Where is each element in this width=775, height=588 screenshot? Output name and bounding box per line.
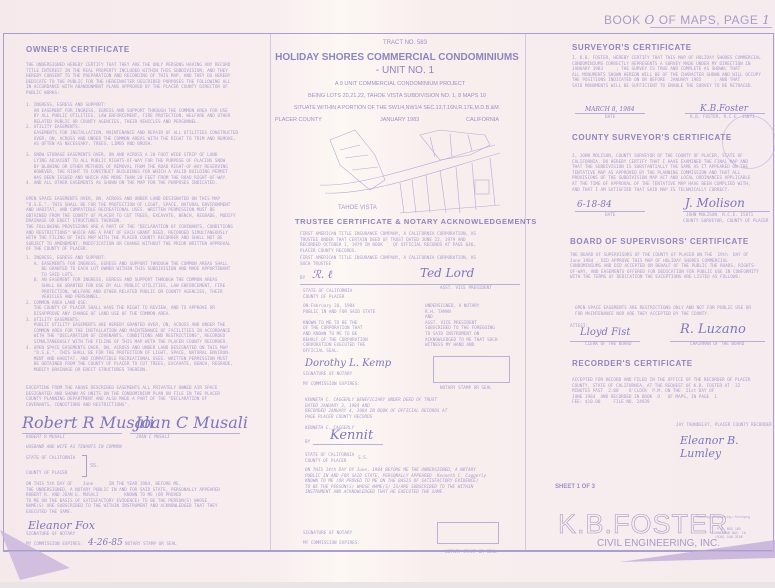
situate-text: SITUATE WITHIN A PORTION OF THE SW1/4,NW…	[262, 105, 532, 111]
owner-name-1: ROBERT R MUSALI	[26, 435, 65, 441]
county-surveyor-date: 6-18-84	[577, 200, 612, 210]
signature-line	[300, 284, 520, 285]
trustee-signature-label: SIGNATURE OF NOTARY	[303, 372, 352, 378]
column-divider	[525, 34, 526, 550]
board-text: THE BOARD OF SUPERVISORS OF THE COUNTY O…	[570, 253, 759, 281]
sheet-number: SHEET 1 OF 3	[555, 484, 595, 490]
county-surveyor-signer: JOHN MOLISON R.C.E. 15871	[686, 213, 753, 219]
county-surveyor-signature: J. Molison	[685, 196, 745, 210]
beneficiary-text: KENNETH C. CAGGERLY BENEFICIARY UNDER DE…	[305, 398, 447, 420]
trustee-by-label: BY	[300, 276, 305, 282]
being-lots-text: BEING LOTS 20,21,22, TAHOE VISTA SUBDIVI…	[272, 93, 522, 99]
owners-excepting-text: EXCEPTING FROM THE ABOVE DESCRIBED EASEM…	[26, 386, 220, 408]
subdivision-title: HOLIDAY SHORES COMMERCIAL CONDOMINIUMS	[272, 52, 522, 63]
trustee-text: FIRST AMERICAN TITLE INSURANCE COMPANY, …	[300, 232, 476, 254]
bottom-border	[3, 550, 772, 551]
beneficiary-state-block: STATE OF CALIFORNIA COUNTY OF PLACER	[305, 453, 354, 464]
county-surveyor-title: COUNTY SURVEYOR, COUNTY OF PLACER	[683, 219, 768, 225]
trustee-stamp-label: NOTARY STAMP OR SEAL	[440, 386, 492, 392]
state-label: STATE OF CALIFORNIA	[26, 456, 75, 462]
recorders-text: ACCEPTED FOR RECORD AND FILED IN THE OFF…	[572, 378, 751, 406]
signature-line	[22, 433, 122, 434]
signature-line	[685, 113, 765, 114]
column-divider	[270, 34, 271, 550]
beneficiary-commission-label: MY COMMISSION EXPIRES:	[303, 541, 360, 547]
recorder-title: JAY TAUNDELEY, PLACER COUNTY RECORDER	[676, 423, 772, 429]
signature-line	[575, 113, 645, 114]
trustee-notary-signature: Dorothy L. Kemp	[305, 358, 391, 369]
trustee-notary-right: UNDERSIGNED, A NOTARY R.H. TAMAN AND ASS…	[425, 304, 497, 349]
owner-notary-text: ON THIS 5th DAY OF June IN THE YEAR 1984…	[26, 482, 220, 516]
trustee-signature-1: ℛ. ℓ	[312, 268, 332, 281]
company-services: Planning • Engineering • Surveying	[696, 515, 750, 519]
map-date: JANUARY 1983	[380, 117, 419, 123]
notary-stamp-box	[433, 356, 510, 383]
signature-line	[130, 433, 240, 434]
trustee-commission-label: MY COMMISSION EXPIRES:	[303, 382, 360, 388]
plat-map-sheet: BOOK O OF MAPS, PAGE 1 OWNER'S CERTIFICA…	[0, 0, 775, 588]
beneficiary-signature: Kennit	[330, 428, 373, 443]
clerk-label: CLERK OF THE BOARD	[585, 342, 632, 348]
husband-wife-text: HUSBAND AND WIFE AS TENANTS IN COMMON	[26, 445, 122, 451]
owners-public-easements: 1. INGRESS, EGRESS AND SUPPORT: AN EASEM…	[26, 103, 238, 187]
beneficiary-ss: S.S.	[358, 456, 368, 462]
signature-line	[683, 211, 770, 212]
state-name: CALIFORNIA	[466, 117, 499, 123]
owners-private-easements: 1. INGRESS, EGRESS AND SUPPORT: A. EASEM…	[26, 256, 233, 373]
surveyor-date-label: DATE	[605, 115, 615, 121]
signature-line	[313, 444, 383, 445]
surveyor-date: MARCH 8, 1984	[585, 106, 635, 113]
county-surveyors-text: I, JOHN MOLISON, COUNTY SURVEYOR OF THE …	[572, 154, 751, 193]
beneficiary-by-label: BY	[305, 440, 310, 446]
notary-stamp-label: NOTARY STAMP OR SEAL	[125, 542, 177, 548]
beneficiary-signature-label: SIGNATURE OF NOTARY	[303, 531, 352, 537]
county-name: PLACER COUNTY	[275, 117, 322, 123]
board-certificate-heading: BOARD OF SUPERVISORS' CERTIFICATE	[570, 237, 749, 246]
unit-number: - UNIT NO. 1	[290, 65, 520, 76]
tract-number: TRACT NO. 583	[290, 40, 520, 46]
trustee-signature-2: Ted Lord	[420, 266, 474, 280]
owner-signature-2: Joan C Musali	[135, 413, 248, 432]
trustee-certificate-heading: TRUSTEE CERTIFICATE & NOTARY ACKNOWLEDGE…	[295, 217, 537, 226]
ss-label: SS.	[90, 464, 99, 470]
page-number: 1	[762, 13, 770, 27]
decorative-swoosh-left	[0, 530, 120, 588]
surveyors-text: I, K.B. FOSTER, HEREBY CERTIFY THAT THIS…	[572, 56, 761, 90]
bracket	[82, 455, 87, 477]
vicinity-map: TAHOE VISTA	[300, 125, 520, 220]
county-surveyors-heading: COUNTY SURVEYOR'S CERTIFICATE	[572, 133, 732, 142]
owners-open-space-text: OPEN SPACE EASEMENTS OVER, ON, ACROSS AN…	[26, 197, 236, 253]
recorders-certificate-heading: RECORDER'S CERTIFICATE	[572, 359, 693, 368]
signature-line	[575, 211, 645, 212]
board-open-space-text: OPEN SPACE EASEMENTS ARE RESTRICTIONS ON…	[575, 306, 751, 317]
notary-stamp-box-2	[437, 522, 499, 544]
clerk-signature: Lloyd Fist	[580, 327, 630, 338]
scan-edge	[0, 582, 775, 588]
beneficiary-notary-text: ON THIS 14th DAY OF June, 1984 BEFORE ME…	[305, 468, 486, 496]
owners-intro-text: THE UNDERSIGNED HEREBY CERTIFY THAT THEY…	[26, 63, 230, 97]
trustee-asst-label: ASST. VICE PRESIDENT	[440, 286, 492, 292]
county-label: COUNTY OF PLACER	[26, 471, 67, 477]
recorder-signature: Eleanor B. Lumley	[680, 434, 775, 460]
book-underline	[650, 27, 772, 28]
county-surveyor-date-label: DATE	[605, 213, 615, 219]
trustee-state-block: STATE OF CALIFORNIA COUNTY OF PLACER	[303, 289, 352, 300]
owner-name-2: JOAN C MUSALI	[136, 435, 170, 441]
vicinity-label: TAHOE VISTA	[338, 205, 377, 211]
trustee-notary-text: ON February 28, 1984 PUBLIC IN AND FOR S…	[303, 304, 375, 354]
book-page-reference: BOOK O OF MAPS, PAGE 1	[604, 13, 770, 27]
surveyors-certificate-heading: SURVEYOR'S CERTIFICATE	[572, 43, 692, 52]
project-description: A 9 UNIT COMMERCIAL CONDOMINIUM PROJECT	[280, 81, 520, 87]
chairman-signature: R. Luzano	[680, 322, 746, 337]
owners-certificate-heading: OWNER'S CERTIFICATE	[26, 45, 130, 54]
book-number: O	[645, 13, 655, 27]
chairman-label: CHAIRMAN OF THE BOARD	[690, 342, 744, 348]
